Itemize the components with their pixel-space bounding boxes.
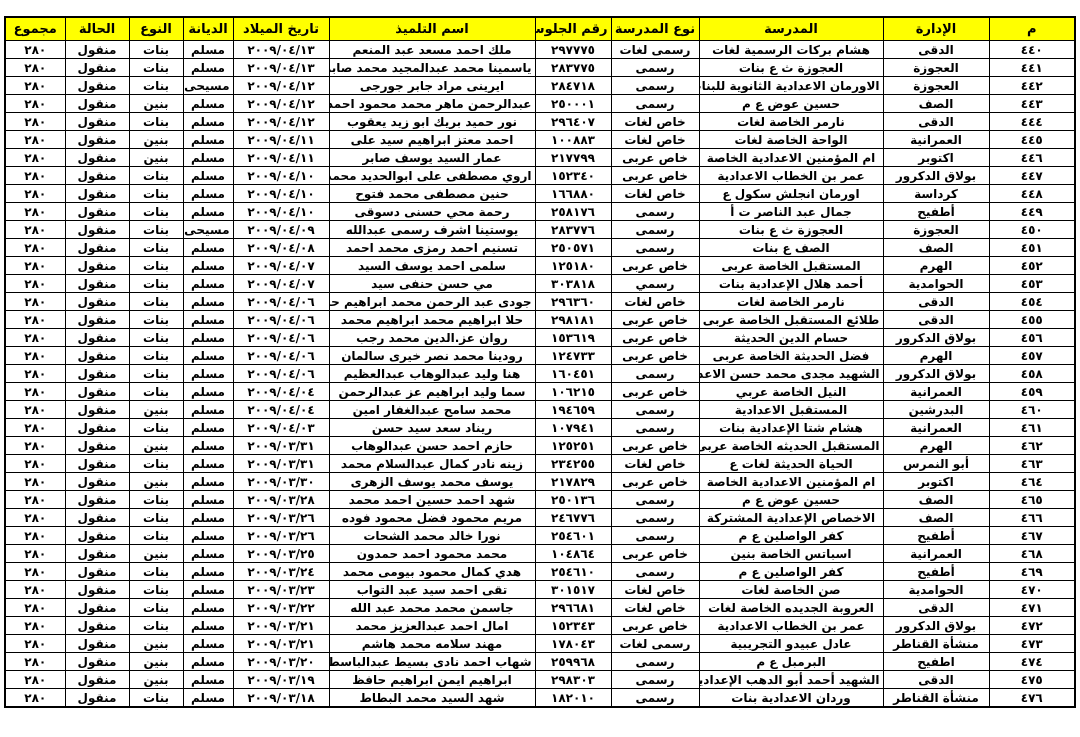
cell-administration: الدقى — [883, 311, 989, 329]
cell-administration: بولاق الدكرور — [883, 329, 989, 347]
cell-number: ٤٦٣ — [989, 455, 1075, 473]
cell-school: المستقبل الاعدادية — [699, 401, 883, 419]
cell-school-type: رسمى — [611, 221, 699, 239]
cell-school: الاورمان الاعدادية الثانوية للبنات — [699, 77, 883, 95]
cell-school: صن الخاصة لغات — [699, 581, 883, 599]
cell-student-name: محمد سامح عبدالغفار امين — [329, 401, 535, 419]
cell-administration: بولاق الدكرور — [883, 167, 989, 185]
cell-number: ٤٦٧ — [989, 527, 1075, 545]
cell-number: ٤٧٥ — [989, 671, 1075, 689]
cell-religion: مسلم — [183, 563, 233, 581]
header-administration: الإدارة — [883, 17, 989, 41]
cell-birth-date: ٢٠٠٩/٠٤/٠٧ — [233, 257, 329, 275]
table-row: ٤٤٩أطفيحجمال عبد الناصر ت أرسمى٢٥٨١٧٦رحم… — [5, 203, 1075, 221]
cell-birth-date: ٢٠٠٩/٠٣/٣٠ — [233, 473, 329, 491]
table-row: ٤٥٦بولاق الدكرورحسام الدين الحديثةخاص عر… — [5, 329, 1075, 347]
cell-birth-date: ٢٠٠٩/٠٤/٠٤ — [233, 383, 329, 401]
cell-number: ٤٤٤ — [989, 113, 1075, 131]
cell-student-name: هنا وليد عبدالوهاب عبدالعظيم — [329, 365, 535, 383]
cell-number: ٤٦٠ — [989, 401, 1075, 419]
cell-gender: بنات — [129, 347, 183, 365]
table-row: ٤٤١العجوزةالعجوزة ث ع بناترسمى٢٨٣٧٧٥ياسم… — [5, 59, 1075, 77]
cell-student-name: مي حسن حنفى سيد — [329, 275, 535, 293]
cell-school: عادل عبيدو التجريبية — [699, 635, 883, 653]
cell-gender: بنين — [129, 545, 183, 563]
cell-school-type: خاص عربى — [611, 329, 699, 347]
cell-status: منقول — [65, 347, 129, 365]
cell-religion: مسلم — [183, 131, 233, 149]
cell-birth-date: ٢٠٠٩/٠٤/٠٦ — [233, 347, 329, 365]
cell-religion: مسلم — [183, 275, 233, 293]
cell-school-type: رسمى — [611, 671, 699, 689]
cell-number: ٤٤١ — [989, 59, 1075, 77]
cell-number: ٤٧٠ — [989, 581, 1075, 599]
cell-administration: الهرم — [883, 257, 989, 275]
cell-total: ٢٨٠ — [5, 149, 65, 167]
cell-religion: مسلم — [183, 671, 233, 689]
cell-gender: بنين — [129, 95, 183, 113]
cell-gender: بنات — [129, 581, 183, 599]
cell-school-type: رسمى — [611, 563, 699, 581]
cell-student-name: امال احمد عبدالعزيز محمد — [329, 617, 535, 635]
cell-student-name: رحمة محي حسنى دسوقى — [329, 203, 535, 221]
cell-religion: مسلم — [183, 347, 233, 365]
cell-administration: العجوزة — [883, 77, 989, 95]
cell-birth-date: ٢٠٠٩/٠٤/١٢ — [233, 77, 329, 95]
cell-school-type: رسمى — [611, 203, 699, 221]
cell-seat-number: ٣٠١٥١٧ — [535, 581, 611, 599]
cell-gender: بنين — [129, 635, 183, 653]
cell-status: منقول — [65, 149, 129, 167]
cell-gender: بنين — [129, 131, 183, 149]
cell-school-type: رسمى — [611, 401, 699, 419]
table-row: ٤٦٨العمرانيةاسباتس الخاصة بنينخاص عربى١٠… — [5, 545, 1075, 563]
cell-status: منقول — [65, 581, 129, 599]
cell-seat-number: ١٥٣٦١٩ — [535, 329, 611, 347]
cell-number: ٤٤٣ — [989, 95, 1075, 113]
cell-school: حسين عوض ع م — [699, 95, 883, 113]
cell-number: ٤٧٦ — [989, 689, 1075, 708]
cell-birth-date: ٢٠٠٩/٠٤/٠٦ — [233, 365, 329, 383]
cell-seat-number: ١٠٤٨٦٤ — [535, 545, 611, 563]
cell-school-type: خاص لغات — [611, 293, 699, 311]
cell-student-name: رودينا محمد نصر خيرى سالمان — [329, 347, 535, 365]
cell-seat-number: ٢٩٨١٨١ — [535, 311, 611, 329]
cell-total: ٢٨٠ — [5, 581, 65, 599]
cell-gender: بنات — [129, 365, 183, 383]
cell-religion: مسلم — [183, 491, 233, 509]
cell-birth-date: ٢٠٠٩/٠٤/٠٩ — [233, 221, 329, 239]
cell-school: البرمبل ع م — [699, 653, 883, 671]
cell-total: ٢٨٠ — [5, 275, 65, 293]
cell-number: ٤٤٦ — [989, 149, 1075, 167]
cell-birth-date: ٢٠٠٩/٠٤/١٢ — [233, 113, 329, 131]
table-row: ٤٥٢الهرمالمستقبل الخاصة عربىخاص عربى١٢٥١… — [5, 257, 1075, 275]
cell-school: كفر الواصلين ع م — [699, 563, 883, 581]
cell-student-name: ملك احمد مسعد عبد المنعم — [329, 41, 535, 59]
cell-school: هشام بركات الرسمية لغات — [699, 41, 883, 59]
cell-administration: الصف — [883, 509, 989, 527]
students-results-table: مالإدارةالمدرسةنوع المدرسةرقم الجلوساسم … — [4, 16, 1076, 708]
cell-birth-date: ٢٠٠٩/٠٤/٠٨ — [233, 239, 329, 257]
table-row: ٤٧٣منشأة القناطرعادل عبيدو التجريبيةرسمى… — [5, 635, 1075, 653]
cell-student-name: يوسف محمد يوسف الزهرى — [329, 473, 535, 491]
cell-school-type: خاص لغات — [611, 581, 699, 599]
cell-number: ٤٦٢ — [989, 437, 1075, 455]
cell-seat-number: ٢٥٠١٣٦ — [535, 491, 611, 509]
header-school: المدرسة — [699, 17, 883, 41]
cell-birth-date: ٢٠٠٩/٠٣/٢٨ — [233, 491, 329, 509]
cell-seat-number: ١٠٧٩٤١ — [535, 419, 611, 437]
table-row: ٤٥٣الحوامديةأحمد هلال الإعدادية بناترسمي… — [5, 275, 1075, 293]
cell-seat-number: ٢٩٦٤٠٧ — [535, 113, 611, 131]
cell-gender: بنات — [129, 491, 183, 509]
cell-gender: بنات — [129, 239, 183, 257]
cell-student-name: نورا خالد محمد الشحات — [329, 527, 535, 545]
cell-school: نارمر الخاصة لغات — [699, 293, 883, 311]
cell-total: ٢٨٠ — [5, 545, 65, 563]
cell-religion: مسلم — [183, 473, 233, 491]
cell-total: ٢٨٠ — [5, 59, 65, 77]
cell-birth-date: ٢٠٠٩/٠٤/٠٦ — [233, 329, 329, 347]
cell-school-type: خاص لغات — [611, 131, 699, 149]
header-birth-date: تاريخ الميلاد — [233, 17, 329, 41]
cell-birth-date: ٢٠٠٩/٠٣/٢٢ — [233, 599, 329, 617]
cell-gender: بنات — [129, 275, 183, 293]
cell-seat-number: ١٠٠٨٨٣ — [535, 131, 611, 149]
cell-gender: بنات — [129, 77, 183, 95]
cell-school-type: رسمى لغات — [611, 41, 699, 59]
cell-status: منقول — [65, 563, 129, 581]
cell-total: ٢٨٠ — [5, 689, 65, 708]
cell-status: منقول — [65, 671, 129, 689]
cell-administration: أطفيح — [883, 563, 989, 581]
table-header-row: مالإدارةالمدرسةنوع المدرسةرقم الجلوساسم … — [5, 17, 1075, 41]
cell-school: الصف ع بنات — [699, 239, 883, 257]
cell-administration: العجوزة — [883, 59, 989, 77]
cell-student-name: اروي مصطفى على ابوالحديد محمد — [329, 167, 535, 185]
cell-seat-number: ٢٥٠٠٠١ — [535, 95, 611, 113]
cell-total: ٢٨٠ — [5, 653, 65, 671]
cell-administration: العمرانية — [883, 545, 989, 563]
cell-student-name: ريناد سعد سيد حسن — [329, 419, 535, 437]
cell-birth-date: ٢٠٠٩/٠٤/١٠ — [233, 185, 329, 203]
cell-number: ٤٥٧ — [989, 347, 1075, 365]
cell-number: ٤٦٦ — [989, 509, 1075, 527]
cell-school: وردان الاعدادية بنات — [699, 689, 883, 708]
cell-seat-number: ٢٣٤٢٥٥ — [535, 455, 611, 473]
cell-administration: أبو النمرس — [883, 455, 989, 473]
cell-administration: اطفيح — [883, 653, 989, 671]
cell-school-type: خاص عربى — [611, 347, 699, 365]
cell-gender: بنات — [129, 599, 183, 617]
cell-gender: بنات — [129, 509, 183, 527]
cell-school: عمر بن الخطاب الاعدادية — [699, 617, 883, 635]
cell-religion: مسلم — [183, 653, 233, 671]
cell-total: ٢٨٠ — [5, 329, 65, 347]
cell-student-name: زينه نادر كمال عبدالسلام محمد — [329, 455, 535, 473]
table-row: ٤٧٦منشأة القناطروردان الاعدادية بناترسمى… — [5, 689, 1075, 708]
cell-birth-date: ٢٠٠٩/٠٣/٢٦ — [233, 527, 329, 545]
cell-seat-number: ١٦٠٤٥١ — [535, 365, 611, 383]
cell-administration: العمرانية — [883, 383, 989, 401]
cell-number: ٤٤٨ — [989, 185, 1075, 203]
cell-school-type: خاص عربى — [611, 257, 699, 275]
cell-school-type: خاص لغات — [611, 185, 699, 203]
cell-gender: بنات — [129, 167, 183, 185]
cell-birth-date: ٢٠٠٩/٠٣/٣١ — [233, 455, 329, 473]
cell-school: طلائع المستقبل الخاصة عربى — [699, 311, 883, 329]
cell-school-type: رسمى — [611, 419, 699, 437]
cell-total: ٢٨٠ — [5, 257, 65, 275]
cell-birth-date: ٢٠٠٩/٠٤/١٣ — [233, 59, 329, 77]
cell-seat-number: ٢٥٤٦١٠ — [535, 563, 611, 581]
cell-total: ٢٨٠ — [5, 77, 65, 95]
table-row: ٤٥٤الدقىنارمر الخاصة لغاتخاص لغات٢٩٦٣٦٠ج… — [5, 293, 1075, 311]
cell-gender: بنات — [129, 257, 183, 275]
cell-total: ٢٨٠ — [5, 509, 65, 527]
cell-birth-date: ٢٠٠٩/٠٤/١٠ — [233, 167, 329, 185]
cell-seat-number: ٢٥٨١٧٦ — [535, 203, 611, 221]
table-row: ٤٤٦اكتوبرام المؤمنين الاعدادية الخاصةخاص… — [5, 149, 1075, 167]
cell-birth-date: ٢٠٠٩/٠٤/١١ — [233, 149, 329, 167]
cell-number: ٤٤٠ — [989, 41, 1075, 59]
cell-seat-number: ١٥٢٣٤٠ — [535, 167, 611, 185]
cell-religion: مسلم — [183, 293, 233, 311]
cell-school-type: رسمى — [611, 689, 699, 708]
cell-number: ٤٦٨ — [989, 545, 1075, 563]
cell-total: ٢٨٠ — [5, 635, 65, 653]
cell-school: العجوزة ث ع بنات — [699, 221, 883, 239]
cell-status: منقول — [65, 275, 129, 293]
cell-school-type: خاص عربى — [611, 383, 699, 401]
cell-administration: الحوامدية — [883, 275, 989, 293]
table-row: ٤٧٤اطفيحالبرمبل ع مرسمى٢٥٩٩٦٨شهاب احمد ن… — [5, 653, 1075, 671]
cell-seat-number: ١٠٦٢١٥ — [535, 383, 611, 401]
cell-total: ٢٨٠ — [5, 203, 65, 221]
table-row: ٤٥٥الدقىطلائع المستقبل الخاصة عربىخاص عر… — [5, 311, 1075, 329]
cell-gender: بنين — [129, 149, 183, 167]
cell-school-type: خاص عربى — [611, 473, 699, 491]
cell-religion: مسلم — [183, 185, 233, 203]
cell-administration: أطفيح — [883, 203, 989, 221]
cell-number: ٤٧١ — [989, 599, 1075, 617]
cell-school-type: رسمى — [611, 653, 699, 671]
cell-student-name: هدي كمال محمود بيومى محمد — [329, 563, 535, 581]
cell-school: ام المؤمنين الاعدادية الخاصة — [699, 149, 883, 167]
cell-administration: الحوامدية — [883, 581, 989, 599]
table-row: ٤٧٢بولاق الدكرورعمر بن الخطاب الاعداديةخ… — [5, 617, 1075, 635]
cell-total: ٢٨٠ — [5, 563, 65, 581]
cell-school: كفر الواصلين ع م — [699, 527, 883, 545]
header-gender: النوع — [129, 17, 183, 41]
cell-religion: مسلم — [183, 365, 233, 383]
cell-gender: بنات — [129, 419, 183, 437]
cell-school: أحمد هلال الإعدادية بنات — [699, 275, 883, 293]
cell-school: الواحة الخاصة لغات — [699, 131, 883, 149]
cell-total: ٢٨٠ — [5, 401, 65, 419]
cell-number: ٤٦٤ — [989, 473, 1075, 491]
cell-administration: الصف — [883, 239, 989, 257]
cell-status: منقول — [65, 41, 129, 59]
cell-total: ٢٨٠ — [5, 473, 65, 491]
cell-total: ٢٨٠ — [5, 167, 65, 185]
cell-student-name: ابراهيم ايمن ابراهيم حافظ — [329, 671, 535, 689]
cell-gender: بنات — [129, 383, 183, 401]
cell-birth-date: ٢٠٠٩/٠٣/٢٦ — [233, 509, 329, 527]
cell-administration: اكتوبر — [883, 149, 989, 167]
cell-total: ٢٨٠ — [5, 311, 65, 329]
cell-school-type: خاص عربى — [611, 545, 699, 563]
cell-total: ٢٨٠ — [5, 455, 65, 473]
cell-seat-number: ٢٩٨٣٠٣ — [535, 671, 611, 689]
cell-religion: مسلم — [183, 509, 233, 527]
cell-gender: بنات — [129, 203, 183, 221]
cell-number: ٤٦٥ — [989, 491, 1075, 509]
cell-administration: الهرم — [883, 347, 989, 365]
cell-birth-date: ٢٠٠٩/٠٤/٠٦ — [233, 293, 329, 311]
cell-gender: بنات — [129, 113, 183, 131]
cell-religion: مسلم — [183, 113, 233, 131]
cell-gender: بنين — [129, 473, 183, 491]
cell-school: المستقبل الخاصة عربى — [699, 257, 883, 275]
cell-religion: مسلم — [183, 59, 233, 77]
cell-total: ٢٨٠ — [5, 131, 65, 149]
cell-school-type: خاص عربى — [611, 149, 699, 167]
cell-religion: مسلم — [183, 149, 233, 167]
cell-status: منقول — [65, 383, 129, 401]
cell-school-type: رسمي — [611, 275, 699, 293]
cell-number: ٤٥٢ — [989, 257, 1075, 275]
cell-seat-number: ٢١٧٧٩٩ — [535, 149, 611, 167]
cell-seat-number: ٢٥٤٦٠١ — [535, 527, 611, 545]
cell-student-name: تسنيم احمد رمزى محمد احمد — [329, 239, 535, 257]
cell-student-name: سما وليد ابراهيم عز عبدالرحمن — [329, 383, 535, 401]
cell-school: الشهيد مجدى محمد حسن الاعدادية — [699, 365, 883, 383]
cell-school: النيل الخاصة عربي — [699, 383, 883, 401]
cell-number: ٤٦١ — [989, 419, 1075, 437]
cell-status: منقول — [65, 419, 129, 437]
cell-school: الحياة الحديثة لغات ع — [699, 455, 883, 473]
cell-number: ٤٤٩ — [989, 203, 1075, 221]
cell-gender: بنين — [129, 671, 183, 689]
header-status: الحالة — [65, 17, 129, 41]
table-row: ٤٥٧الهرمفضل الحديثة الخاصة عربىخاص عربى١… — [5, 347, 1075, 365]
cell-administration: الدقى — [883, 113, 989, 131]
cell-seat-number: ١٦٦٨٨٠ — [535, 185, 611, 203]
cell-administration: بولاق الدكرور — [883, 365, 989, 383]
cell-status: منقول — [65, 95, 129, 113]
cell-status: منقول — [65, 437, 129, 455]
cell-religion: مسلم — [183, 581, 233, 599]
cell-seat-number: ٢٨٣٧٧٥ — [535, 59, 611, 77]
cell-birth-date: ٢٠٠٩/٠٤/٠٧ — [233, 275, 329, 293]
cell-seat-number: ٢٥٩٩٦٨ — [535, 653, 611, 671]
cell-school: حسين عوض ع م — [699, 491, 883, 509]
cell-student-name: نور حميد بريك ابو زيد يعقوب — [329, 113, 535, 131]
cell-total: ٢٨٠ — [5, 419, 65, 437]
cell-seat-number: ٣٠٣٨١٨ — [535, 275, 611, 293]
cell-seat-number: ١٥٢٣٤٣ — [535, 617, 611, 635]
cell-student-name: عبدالرحمن ماهر محمد محمود احمد — [329, 95, 535, 113]
cell-gender: بنات — [129, 221, 183, 239]
cell-total: ٢٨٠ — [5, 599, 65, 617]
cell-student-name: شهاب احمد نادى بسيط عبدالباسط — [329, 653, 535, 671]
cell-seat-number: ١٢٥٢٥١ — [535, 437, 611, 455]
cell-student-name: احمد معتز ابراهيم سيد على — [329, 131, 535, 149]
cell-school: عمر بن الخطاب الاعدادية — [699, 167, 883, 185]
cell-number: ٤٤٢ — [989, 77, 1075, 95]
cell-status: منقول — [65, 167, 129, 185]
cell-student-name: حنين مصطفى محمد فتوح — [329, 185, 535, 203]
cell-birth-date: ٢٠٠٩/٠٣/١٩ — [233, 671, 329, 689]
cell-number: ٤٤٧ — [989, 167, 1075, 185]
cell-religion: مسلم — [183, 401, 233, 419]
cell-school: العروبة الجديده الخاصة لغات — [699, 599, 883, 617]
cell-total: ٢٨٠ — [5, 185, 65, 203]
cell-school: هشام شتا الإعدادية بنات — [699, 419, 883, 437]
cell-birth-date: ٢٠٠٩/٠٤/٠٤ — [233, 401, 329, 419]
cell-religion: مسلم — [183, 257, 233, 275]
cell-gender: بنين — [129, 437, 183, 455]
cell-total: ٢٨٠ — [5, 365, 65, 383]
cell-religion: مسلم — [183, 311, 233, 329]
cell-total: ٢٨٠ — [5, 527, 65, 545]
cell-status: منقول — [65, 653, 129, 671]
cell-birth-date: ٢٠٠٩/٠٤/١٢ — [233, 95, 329, 113]
cell-birth-date: ٢٠٠٩/٠٤/٠٦ — [233, 311, 329, 329]
cell-religion: مسلم — [183, 455, 233, 473]
cell-seat-number: ١٩٤٦٥٩ — [535, 401, 611, 419]
cell-gender: بنين — [129, 401, 183, 419]
cell-seat-number: ٢٤٦٧٧٦ — [535, 509, 611, 527]
cell-total: ٢٨٠ — [5, 617, 65, 635]
table-row: ٤٧١الدقىالعروبة الجديده الخاصة لغاتخاص ل… — [5, 599, 1075, 617]
cell-birth-date: ٢٠٠٩/٠٣/١٨ — [233, 689, 329, 708]
page: مالإدارةالمدرسةنوع المدرسةرقم الجلوساسم … — [0, 0, 1080, 737]
cell-administration: الصف — [883, 95, 989, 113]
cell-student-name: تقى احمد سيد عبد التواب — [329, 581, 535, 599]
cell-number: ٤٥٤ — [989, 293, 1075, 311]
table-row: ٤٤٣الصفحسين عوض ع مرسمى٢٥٠٠٠١عبدالرحمن م… — [5, 95, 1075, 113]
cell-gender: بنات — [129, 527, 183, 545]
cell-gender: بنات — [129, 563, 183, 581]
cell-birth-date: ٢٠٠٩/٠٣/٢٠ — [233, 653, 329, 671]
table-row: ٤٤٧بولاق الدكرورعمر بن الخطاب الاعداديةخ… — [5, 167, 1075, 185]
cell-school: حسام الدين الحديثة — [699, 329, 883, 347]
cell-religion: مسلم — [183, 383, 233, 401]
cell-student-name: ياسمينا محمد عبدالمجيد محمد صابر — [329, 59, 535, 77]
cell-seat-number: ٢٨٤٧١٨ — [535, 77, 611, 95]
table-row: ٤٧٥الدقىالشهيد أحمد أبو الدهب الإعدادية … — [5, 671, 1075, 689]
cell-status: منقول — [65, 527, 129, 545]
cell-student-name: جاسمن محمد محمد عبد الله — [329, 599, 535, 617]
table-row: ٤٤٢العجوزةالاورمان الاعدادية الثانوية لل… — [5, 77, 1075, 95]
cell-school: اورمان انجلش سكول ع — [699, 185, 883, 203]
table-row: ٤٦٢الهرمالمستقبل الحديثه الخاصة عربىخاص … — [5, 437, 1075, 455]
cell-status: منقول — [65, 293, 129, 311]
cell-administration: الدقى — [883, 671, 989, 689]
cell-birth-date: ٢٠٠٩/٠٤/٠٣ — [233, 419, 329, 437]
cell-gender: بنات — [129, 311, 183, 329]
cell-gender: بنات — [129, 329, 183, 347]
cell-student-name: ايرينى مراد جابر جورجى — [329, 77, 535, 95]
header-school-type: نوع المدرسة — [611, 17, 699, 41]
cell-number: ٤٧٤ — [989, 653, 1075, 671]
cell-number: ٤٧٣ — [989, 635, 1075, 653]
table-row: ٤٥٩العمرانيةالنيل الخاصة عربيخاص عربى١٠٦… — [5, 383, 1075, 401]
cell-school-type: خاص عربى — [611, 617, 699, 635]
